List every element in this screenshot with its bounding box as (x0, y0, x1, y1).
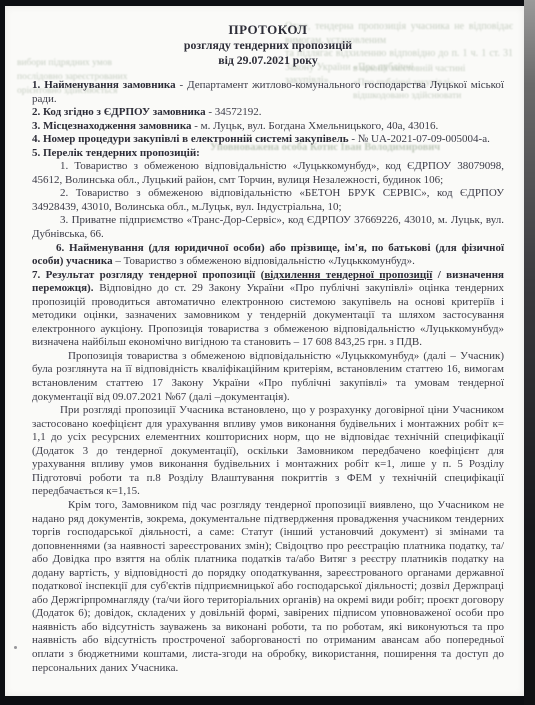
paragraph-coefficient-finding: При розгляді пропозиції Учасника встанов… (32, 404, 504, 499)
field-label: 2. Код згідно з ЄДРПОУ замовника (32, 106, 206, 118)
field-value: - 34572192. (206, 106, 262, 118)
field-label: 1. Найменування замовника (32, 79, 176, 91)
scan-edge-right (524, 0, 535, 705)
field-procedure-number: 4. Номер процедури закупівлі в електронн… (32, 133, 504, 147)
tender-list-item: 2. Товариство з обмеженою відповідальніс… (32, 187, 504, 214)
field-value: - № UA-2021-07-09-005004-а. (349, 133, 490, 145)
section-7: 7. Результат розгляду тендерної пропозиц… (32, 269, 504, 350)
field-label: 4. Номер процедури закупівлі в електронн… (32, 133, 349, 145)
paper-sheet: Отже, тендерна пропозиція учасника не ві… (5, 6, 524, 696)
section-7-text: Відповідно до ст. 29 Закону України «Про… (32, 282, 504, 348)
document-date-line: від 29.07.2021 року (32, 53, 504, 68)
section-7-label-underlined: відхилення тендерної пропозиції (264, 269, 432, 281)
scanned-page: Отже, тендерна пропозиція учасника не ві… (0, 0, 535, 705)
section-7-label-lead: 7. Результат розгляду тендерної пропозиц… (32, 269, 264, 281)
document-title: ПРОТОКОЛ (32, 22, 504, 38)
section-5-heading: 5. Перелік тендерних пропозицій: (32, 147, 504, 161)
tender-list-item: 1. Товариство з обмеженою відповідальніс… (32, 160, 504, 187)
section-6-value: – Товариство з обмеженою відповідальніст… (113, 255, 415, 267)
field-label: 5. Перелік тендерних пропозицій: (32, 147, 200, 159)
tender-list-item: 3. Приватне підприємство «Транс-Дор-Серв… (32, 214, 504, 241)
field-customer-location: 3. Місцезнаходження замовника - м. Луцьк… (32, 120, 504, 134)
field-value: - м. Луцьк, вул. Богдана Хмельницького, … (192, 120, 439, 132)
section-6: 6. Найменування (для юридичної особи) аб… (32, 242, 504, 269)
document-subtitle: розгляду тендерних пропозицій (32, 38, 504, 53)
paragraph-missing-documents: Крім того, Замовником під час розгляду т… (32, 499, 504, 675)
field-customer-name: 1. Найменування замовника - Департамент … (32, 79, 504, 106)
field-label: 3. Місцезнаходження замовника (32, 120, 192, 132)
paragraph-proposal-review: Пропозиція товариства з обмеженою відпов… (32, 350, 504, 404)
field-edrpou-code: 2. Код згідно з ЄДРПОУ замовника - 34572… (32, 106, 504, 120)
protocol-document: ПРОТОКОЛ розгляду тендерних пропозицій в… (5, 6, 524, 696)
